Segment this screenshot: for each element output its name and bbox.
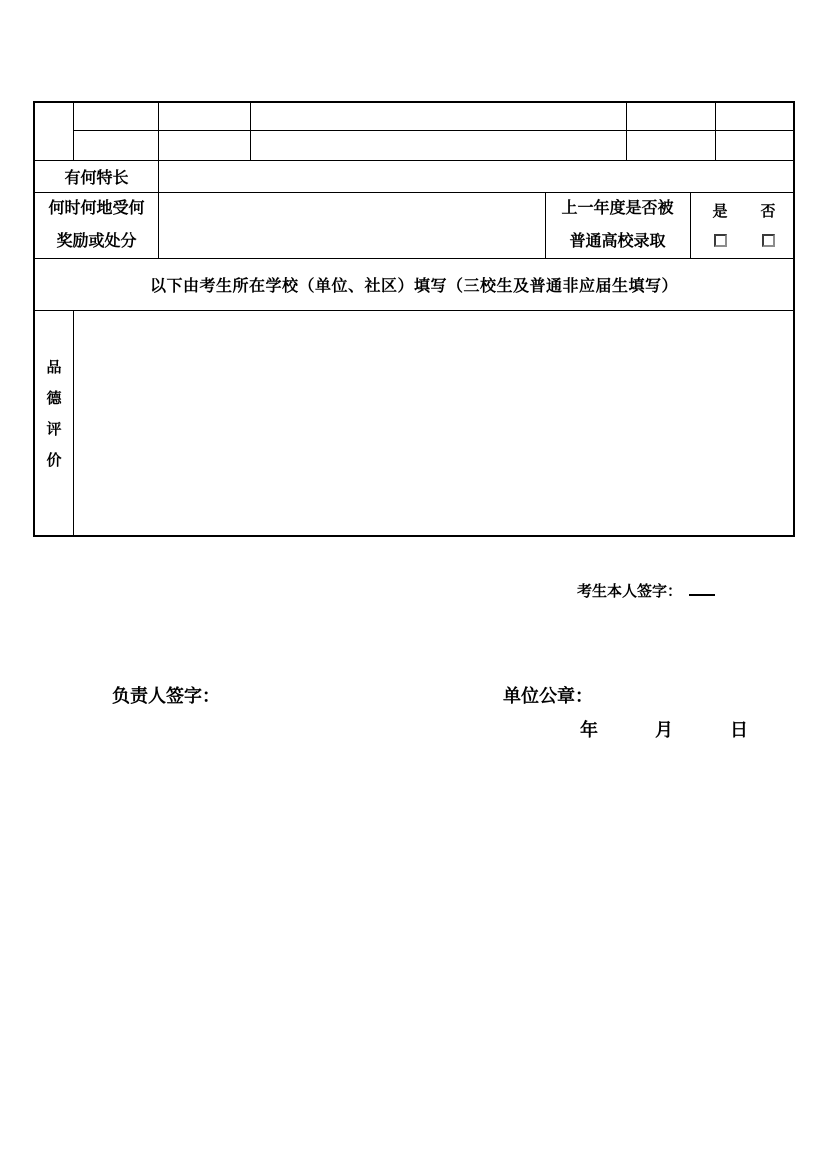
unit-seal-label: 单位公章：: [503, 682, 593, 708]
responsible-signature-label: 负责人签字：: [112, 682, 220, 708]
grid-line: [73, 130, 793, 131]
prior-admission-label-cell: 上一年度是否被 普通高校录取: [545, 192, 690, 258]
candidate-signature-label: 考生本人签字：: [577, 583, 682, 600]
yes-option: 是: [698, 200, 742, 252]
application-form-table: 有何特长 何时何地受何 奖励或处分 上一年度是否被 普通高校录取 是: [33, 101, 795, 537]
specialty-input-area[interactable]: [159, 161, 793, 191]
yes-label: 是: [698, 200, 742, 221]
table-grid: 有何特长 何时何地受何 奖励或处分 上一年度是否被 普通高校录取 是: [35, 103, 793, 535]
award-label-line1: 何时何地受何: [48, 192, 144, 225]
grid-line: [626, 103, 627, 160]
no-option: 否: [746, 200, 790, 252]
section-header-text: 以下由考生所在学校（单位、社区）填写（三校生及普通非应届生填写）: [150, 273, 678, 296]
prior-admission-label-line2: 普通高校录取: [569, 225, 665, 258]
moral-label-char-2: 德: [46, 383, 61, 414]
moral-evaluation-content-area[interactable]: 负责人签字： 单位公章： 年 月 日: [73, 310, 793, 535]
moral-evaluation-label-cell: 品 德 评 价: [35, 310, 73, 535]
award-label-line2: 奖励或处分: [56, 225, 136, 258]
grid-line: [250, 103, 251, 160]
date-line: 年 月 日: [580, 716, 748, 742]
date-month-label: 月: [655, 716, 673, 742]
date-day-label: 日: [730, 716, 748, 742]
yes-checkbox[interactable]: [714, 234, 727, 247]
award-input-area[interactable]: [159, 193, 544, 257]
specialty-label-cell: 有何特长: [35, 160, 158, 192]
section-header-cell: 以下由考生所在学校（单位、社区）填写（三校生及普通非应届生填写）: [35, 258, 793, 310]
candidate-signature-row: 考生本人签字：: [577, 580, 715, 601]
form-page: 有何特长 何时何地受何 奖励或处分 上一年度是否被 普通高校录取 是: [0, 0, 826, 1169]
grid-line: [715, 103, 716, 160]
specialty-label: 有何特长: [64, 165, 128, 188]
prior-admission-label-line1: 上一年度是否被: [561, 192, 673, 225]
moral-label-char-1: 品: [46, 352, 61, 383]
grid-line: [73, 103, 74, 160]
award-label-cell: 何时何地受何 奖励或处分: [35, 192, 158, 258]
date-year-label: 年: [580, 716, 598, 742]
no-checkbox[interactable]: [762, 234, 775, 247]
no-label: 否: [746, 200, 790, 221]
moral-label-char-4: 价: [46, 445, 61, 476]
candidate-signature-blank[interactable]: [689, 583, 715, 596]
yes-no-cell: 是 否: [690, 192, 793, 258]
moral-label-char-3: 评: [46, 414, 61, 445]
